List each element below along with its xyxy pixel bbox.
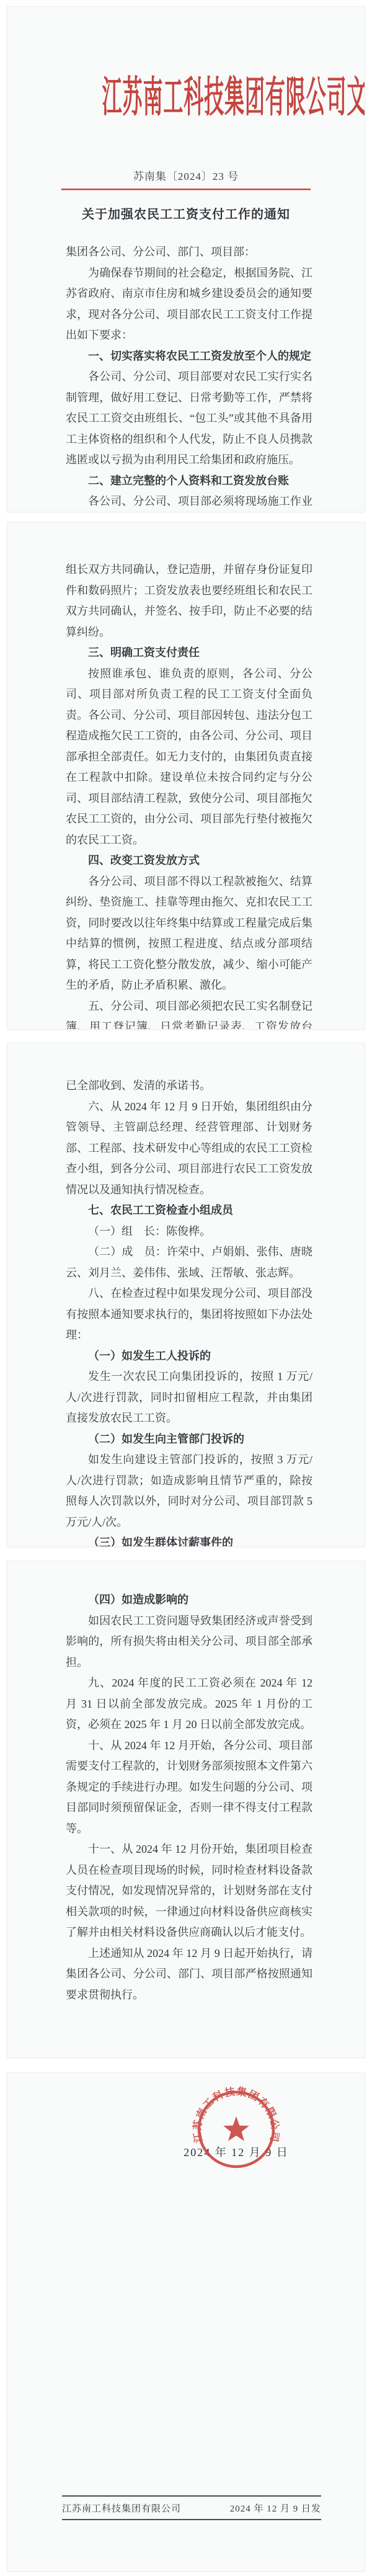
document-subject-title: 关于加强农民工工资支付工作的通知 [7, 205, 365, 224]
page-3-text: 已全部收到、发清的承诺书。六、从 2024 年 12 月 9 日开始，集团组织由… [7, 1043, 365, 1547]
paragraph: 各分公司、项目部不得以工程款被拖欠、结算纠纷、垫资施工、挂靠等理由拖欠、克扣农民… [66, 871, 312, 996]
document-number: 苏南集〔2024〕23 号 [7, 171, 365, 183]
paragraph: 六、从 2024 年 12 月 9 日开始，集团组织由分管领导、主管副总经理、经… [66, 1097, 312, 1201]
paragraph: 发生一次农民工向集团投诉的，按照 1 万元/人/次进行罚款，同时扣留相应工程款，… [66, 1366, 312, 1429]
section-heading: （一）如发生工人投诉的 [66, 1346, 312, 1367]
paragraph: （二）成 员：许荣中、卢娟娟、张伟、唐晓云、刘月兰、姜伟伟、张域、汪帮敏、张志辉… [66, 1242, 312, 1283]
paragraph: 集团各公司、分公司、部门、项目部： [66, 242, 312, 263]
paragraph: 如发生向建设主管部门投诉的，按照 3 万元/人/次进行罚款；如造成影响且情节严重… [66, 1450, 312, 1533]
paragraph: 按照谁承包、谁负责的原则，各公司、分公司、项目部对所负责工程的民工工资支付全面负… [66, 664, 312, 851]
section-heading: 二、建立完整的个人资料和工资发放台账 [66, 471, 312, 492]
document-page-2: 组长双方共同确认，登记造册，并留存身份证复印件和数码照片；工资发放表也要经班组长… [7, 522, 365, 1030]
section-heading: （二）如发生向主管部门投诉的 [66, 1429, 312, 1450]
footer-issuer: 江苏南工科技集团有限公司 [62, 2502, 181, 2515]
paragraph: 上述通知从 2024 年 12 月 9 日起开始执行，请集团各公司、分公司、部门… [66, 1943, 312, 2006]
section-heading: （四）如造成影响的 [66, 1590, 312, 1611]
section-heading: 三、明确工资支付责任 [66, 643, 312, 664]
paragraph: 十、从 2024 年 12 月开始，各分公司、项目部需要支付工程款的，计划财务部… [66, 1736, 312, 1840]
paragraph: 十一、从 2024 年 12 月份开始，集团项目检查人员在检查项目现场的时候，同… [66, 1839, 312, 1943]
paragraph: 为确保春节期间的社会稳定，根据国务院、江苏省政府、南京市住房和城乡建设委员会的通… [66, 263, 312, 346]
document-page-1: 江苏南工科技集团有限公司文件 苏南集〔2024〕23 号 关于加强农民工工资支付… [7, 6, 365, 512]
paragraph: 各公司、分公司、项目部要对农民工实行实名制管理，做好用工登记、日常考勤等工作，严… [66, 367, 312, 471]
issuance-footer: 江苏南工科技集团有限公司 2024 年 12 月 9 日发 [62, 2495, 321, 2520]
section-heading: （三）如发生群体讨薪事件的 [66, 1533, 312, 1547]
footer-issue-date: 2024 年 12 月 9 日发 [230, 2502, 321, 2515]
company-seal: 江苏南工科技集团有限公司 [190, 2083, 283, 2176]
paragraph: （一）组 长：陈俊桦。 [66, 1221, 312, 1242]
paragraph: 组长双方共同确认，登记造册，并留存身份证复印件和数码照片；工资发放表也要经班组长… [66, 559, 312, 643]
document-page-4: （四）如造成影响的如因农民工工资问题导致集团经济或声誉受到影响的，所有损失将由相… [7, 1561, 365, 2058]
document-page-5: 2024 年 12 月 9 日 江苏南工科技集团有限公司 江苏南工科技集团有限公… [7, 2072, 365, 2572]
letterhead-org-title: 江苏南工科技集团有限公司文件 [102, 76, 270, 118]
paragraph: 已全部收到、发清的承诺书。 [66, 1076, 312, 1097]
section-heading: 一、切实落实将农民工工资发放至个人的规定 [66, 346, 312, 367]
paragraph: 九、2024 年度的民工工资必须在 2024 年 12 月 31 日以前全部发放… [66, 1673, 312, 1736]
paragraph: 八、在检查过程中如果发现分公司、项目部没有按照本通知要求执行的，集团将按照如下办… [66, 1283, 312, 1346]
page-1-text: 集团各公司、分公司、部门、项目部：为确保春节期间的社会稳定，根据国务院、江苏省政… [7, 242, 365, 512]
page-4-text: （四）如造成影响的如因农民工工资问题导致集团经济或声誉受到影响的，所有损失将由相… [7, 1561, 365, 2005]
seal-star-icon [223, 2116, 249, 2141]
page-2-text: 组长双方共同确认，登记造册，并留存身份证复印件和数码照片；工资发放表也要经班组长… [7, 522, 365, 1030]
document-page-3: 已全部收到、发清的承诺书。六、从 2024 年 12 月 9 日开始，集团组织由… [7, 1043, 365, 1547]
paragraph: 各公司、分公司、项目部必须将现场施工作业民工与班 [66, 491, 312, 512]
letterhead-red-rule [61, 189, 311, 190]
paragraph: 五、分公司、项目部必须把农民工实名制登记簿、用工登记簿、日常考勤记录表、工资发放… [66, 996, 312, 1030]
document-scan-canvas: 江苏南工科技集团有限公司文件 苏南集〔2024〕23 号 关于加强农民工工资支付… [0, 0, 372, 2576]
section-heading: 七、农民工工资检查小组成员 [66, 1200, 312, 1221]
section-heading: 四、改变工资发放方式 [66, 850, 312, 871]
paragraph: 如因农民工工资问题导致集团经济或声誉受到影响的，所有损失将由相关分公司、项目部全… [66, 1611, 312, 1674]
